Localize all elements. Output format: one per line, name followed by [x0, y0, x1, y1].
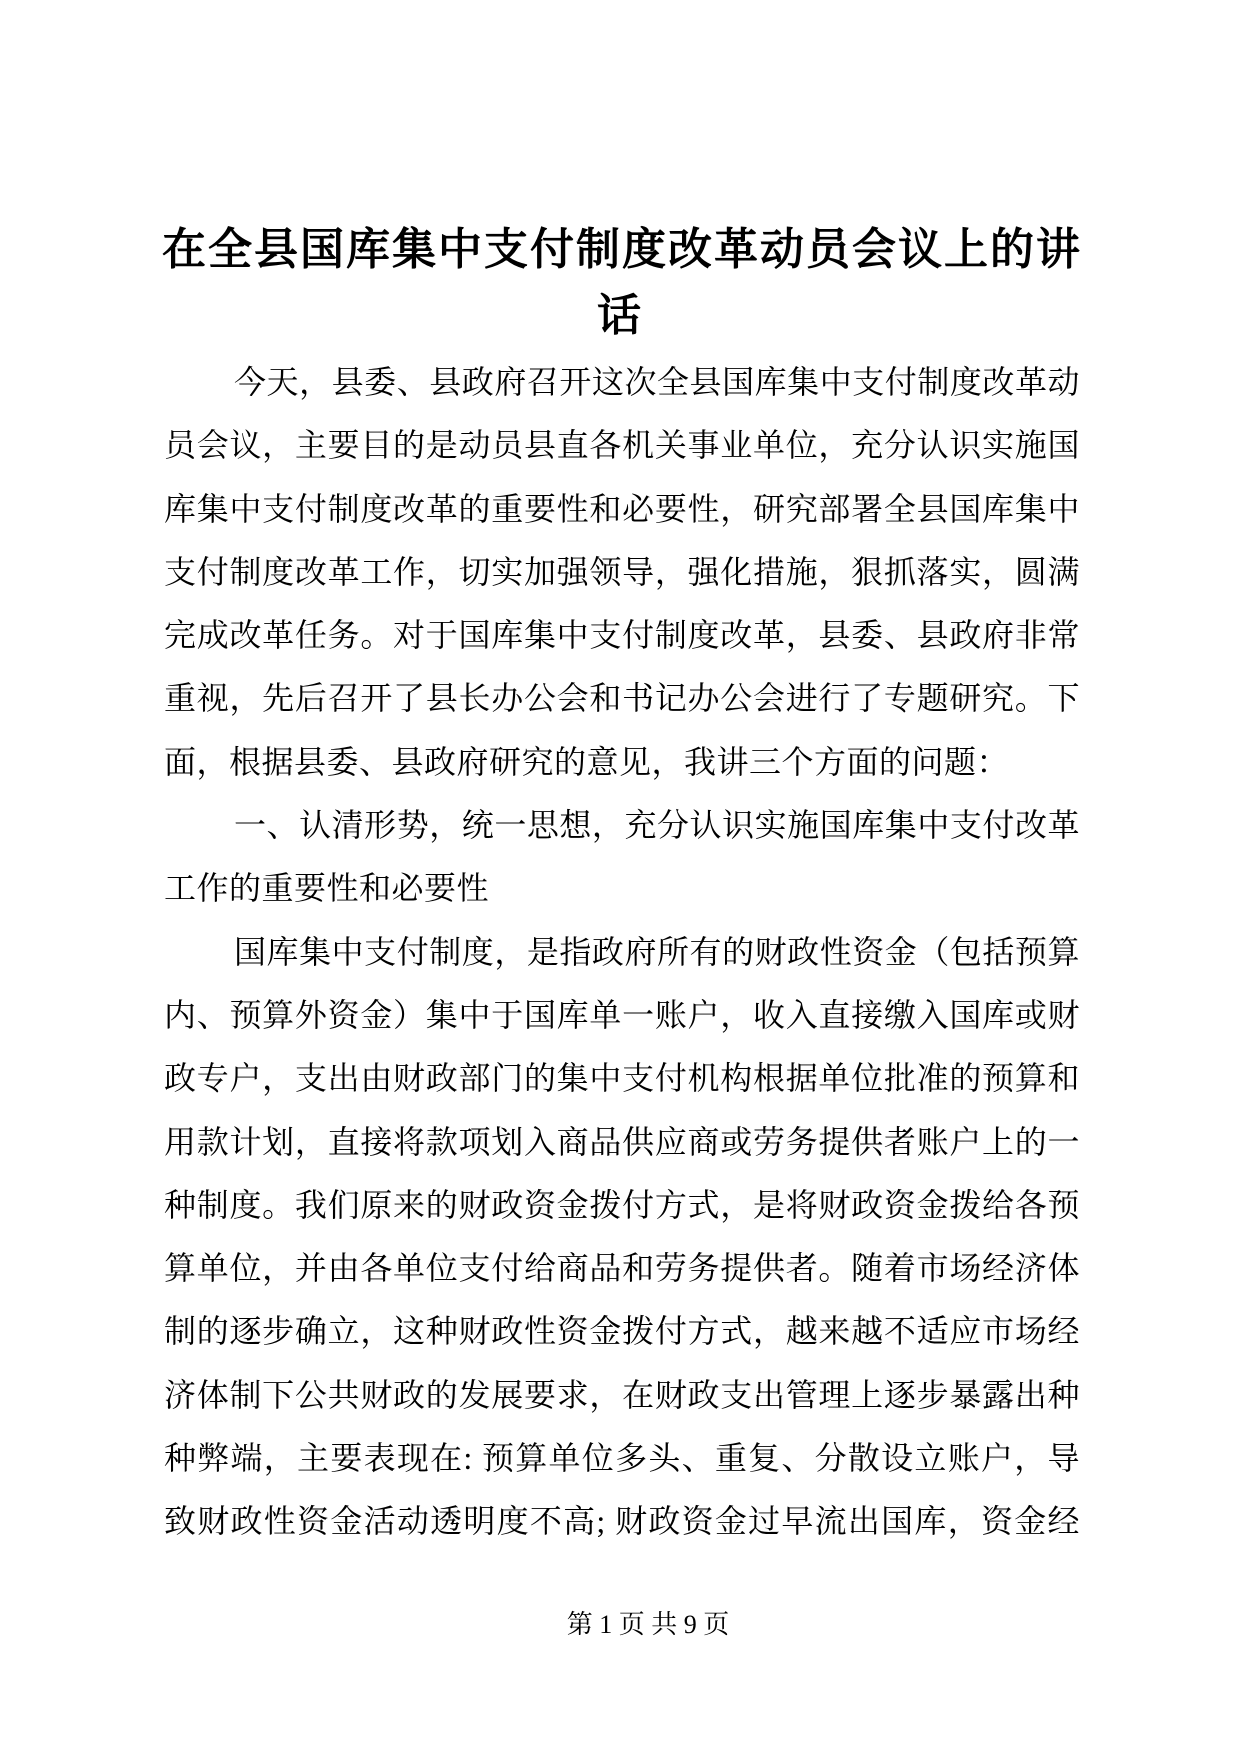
- body-line: 今天，县委、县政府召开这次全县国库集中支付制度改革动: [164, 351, 1080, 414]
- body-line: 致财政性资金活动透明度不高; 财政资金过早流出国库，资金经: [164, 1490, 1080, 1553]
- body-line: 面，根据县委、县政府研究的意见，我讲三个方面的问题：: [164, 731, 1080, 794]
- body-line: 内、预算外资金）集中于国库单一账户，收入直接缴入国库或财: [164, 984, 1080, 1047]
- document-page: 在全县国库集中支付制度改革动员会议上的讲 话 今天，县委、县政府召开这次全县国库…: [0, 0, 1241, 1754]
- body-line: 工作的重要性和必要性: [164, 857, 1080, 920]
- title-line-1: 在全县国库集中支付制度改革动员会议上的讲: [162, 217, 1078, 283]
- body-line: 种弊端，主要表现在: 预算单位多头、重复、分散设立账户，导: [164, 1427, 1080, 1490]
- page-number-label: 第 1 页 共 9 页: [567, 1610, 730, 1639]
- document-body: 今天，县委、县政府召开这次全县国库集中支付制度改革动 员会议，主要目的是动员县直…: [164, 351, 1080, 1554]
- body-line: 政专户，支出由财政部门的集中支付机构根据单位批准的预算和: [164, 1047, 1080, 1110]
- body-line: 支付制度改革工作，切实加强领导，强化措施，狠抓落实，圆满: [164, 541, 1080, 604]
- body-line: 一、认清形势，统一思想，充分认识实施国库集中支付改革: [164, 794, 1080, 857]
- body-line: 重视，先后召开了县长办公会和书记办公会进行了专题研究。下: [164, 667, 1080, 730]
- body-line: 库集中支付制度改革的重要性和必要性，研究部署全县国库集中: [164, 478, 1080, 541]
- body-line: 算单位，并由各单位支付给商品和劳务提供者。随着市场经济体: [164, 1237, 1080, 1300]
- body-line: 济体制下公共财政的发展要求，在财政支出管理上逐步暴露出种: [164, 1364, 1080, 1427]
- body-line: 国库集中支付制度，是指政府所有的财政性资金（包括预算: [164, 921, 1080, 984]
- page-title: 在全县国库集中支付制度改革动员会议上的讲 话: [162, 217, 1078, 349]
- page-number-footer: 第 1 页 共 9 页: [190, 1605, 1106, 1645]
- body-line: 用款计划，直接将款项划入商品供应商或劳务提供者账户上的一: [164, 1111, 1080, 1174]
- title-line-2: 话: [162, 283, 1078, 349]
- body-line: 员会议，主要目的是动员县直各机关事业单位，充分认识实施国: [164, 414, 1080, 477]
- body-line: 完成改革任务。对于国库集中支付制度改革，县委、县政府非常: [164, 604, 1080, 667]
- body-line: 种制度。我们原来的财政资金拨付方式，是将财政资金拨给各预: [164, 1174, 1080, 1237]
- body-line: 制的逐步确立，这种财政性资金拨付方式，越来越不适应市场经: [164, 1300, 1080, 1363]
